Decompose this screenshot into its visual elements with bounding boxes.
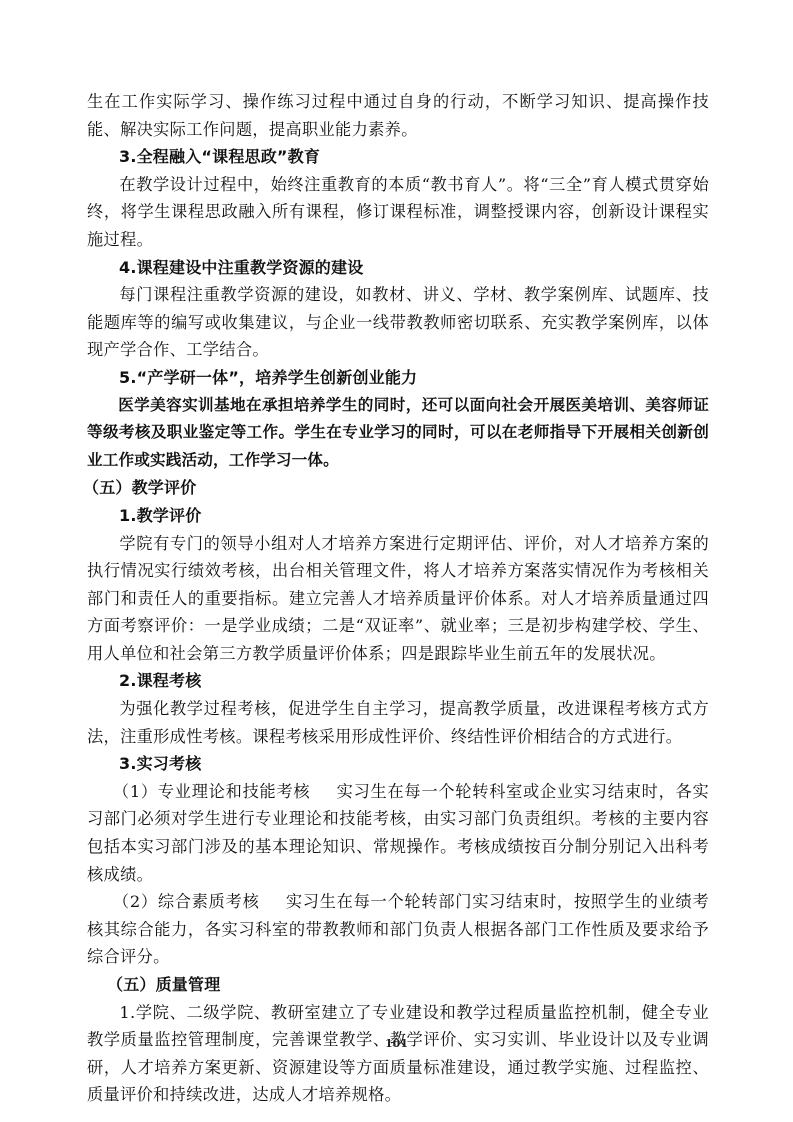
- heading-course-assessment: 2.课程考核: [87, 667, 709, 695]
- continuation-paragraph: 生在工作实际学习、操作练习过程中通过自身的行动，不断学习知识、提高操作技能、解决…: [87, 88, 709, 143]
- paragraph-teaching-evaluation: 学院有专门的领导小组对人才培养方案进行定期评估、评价，对人才培养方案的执行情况实…: [87, 530, 709, 668]
- paragraph-quality-management: 1.学院、二级学院、教研室建立了专业建设和教学过程质量监控机制，健全专业教学质量…: [87, 999, 709, 1109]
- paragraph-curriculum-ideology: 在教学设计过程中，始终注重教育的本质“教书育人”。将“三全”育人模式贯穿始终，将…: [87, 171, 709, 254]
- heading-internship-assessment: 3.实习考核: [87, 750, 709, 778]
- heading-industry-research: 5.“产学研一体”，培养学生创新创业能力: [87, 364, 709, 392]
- heading-teaching-evaluation: 1.教学评价: [87, 502, 709, 530]
- paragraph-teaching-resources: 每门课程注重教学资源的建设，如教材、讲义、学材、教学案例库、试题库、技能题库等的…: [87, 281, 709, 364]
- heading-teaching-resources: 4.课程建设中注重教学资源的建设: [87, 254, 709, 282]
- paragraph-professional-skills-assessment: （1）专业理论和技能考核实习生在每一个轮转科室或企业实习结束时，各实习部门必须对…: [87, 778, 709, 888]
- paragraph-course-assessment: 为强化教学过程考核，促进学生自主学习，提高教学质量，改进课程考核方式方法，注重形…: [87, 695, 709, 750]
- sub-item-label: （2）综合素质考核: [113, 892, 260, 911]
- section-heading-quality-management: （五）质量管理: [107, 971, 709, 999]
- paragraph-industry-research: 医学美容实训基地在承担培养学生的同时，还可以面向社会开展医美培训、美容师证等级考…: [87, 392, 709, 475]
- sub-item-label: （1）专业理论和技能考核: [113, 782, 310, 801]
- paragraph-comprehensive-quality-assessment: （2）综合素质考核实习生在每一个轮转部门实习结束时，按照学生的业绩考核其综合能力…: [87, 888, 709, 971]
- document-page: 生在工作实际学习、操作练习过程中通过自身的行动，不断学习知识、提高操作技能、解决…: [87, 88, 709, 1109]
- page-number: 101: [0, 1037, 793, 1050]
- heading-curriculum-ideology: 3.全程融入“课程思政”教育: [87, 143, 709, 171]
- section-heading-teaching-evaluation: （五）教学评价: [83, 474, 709, 502]
